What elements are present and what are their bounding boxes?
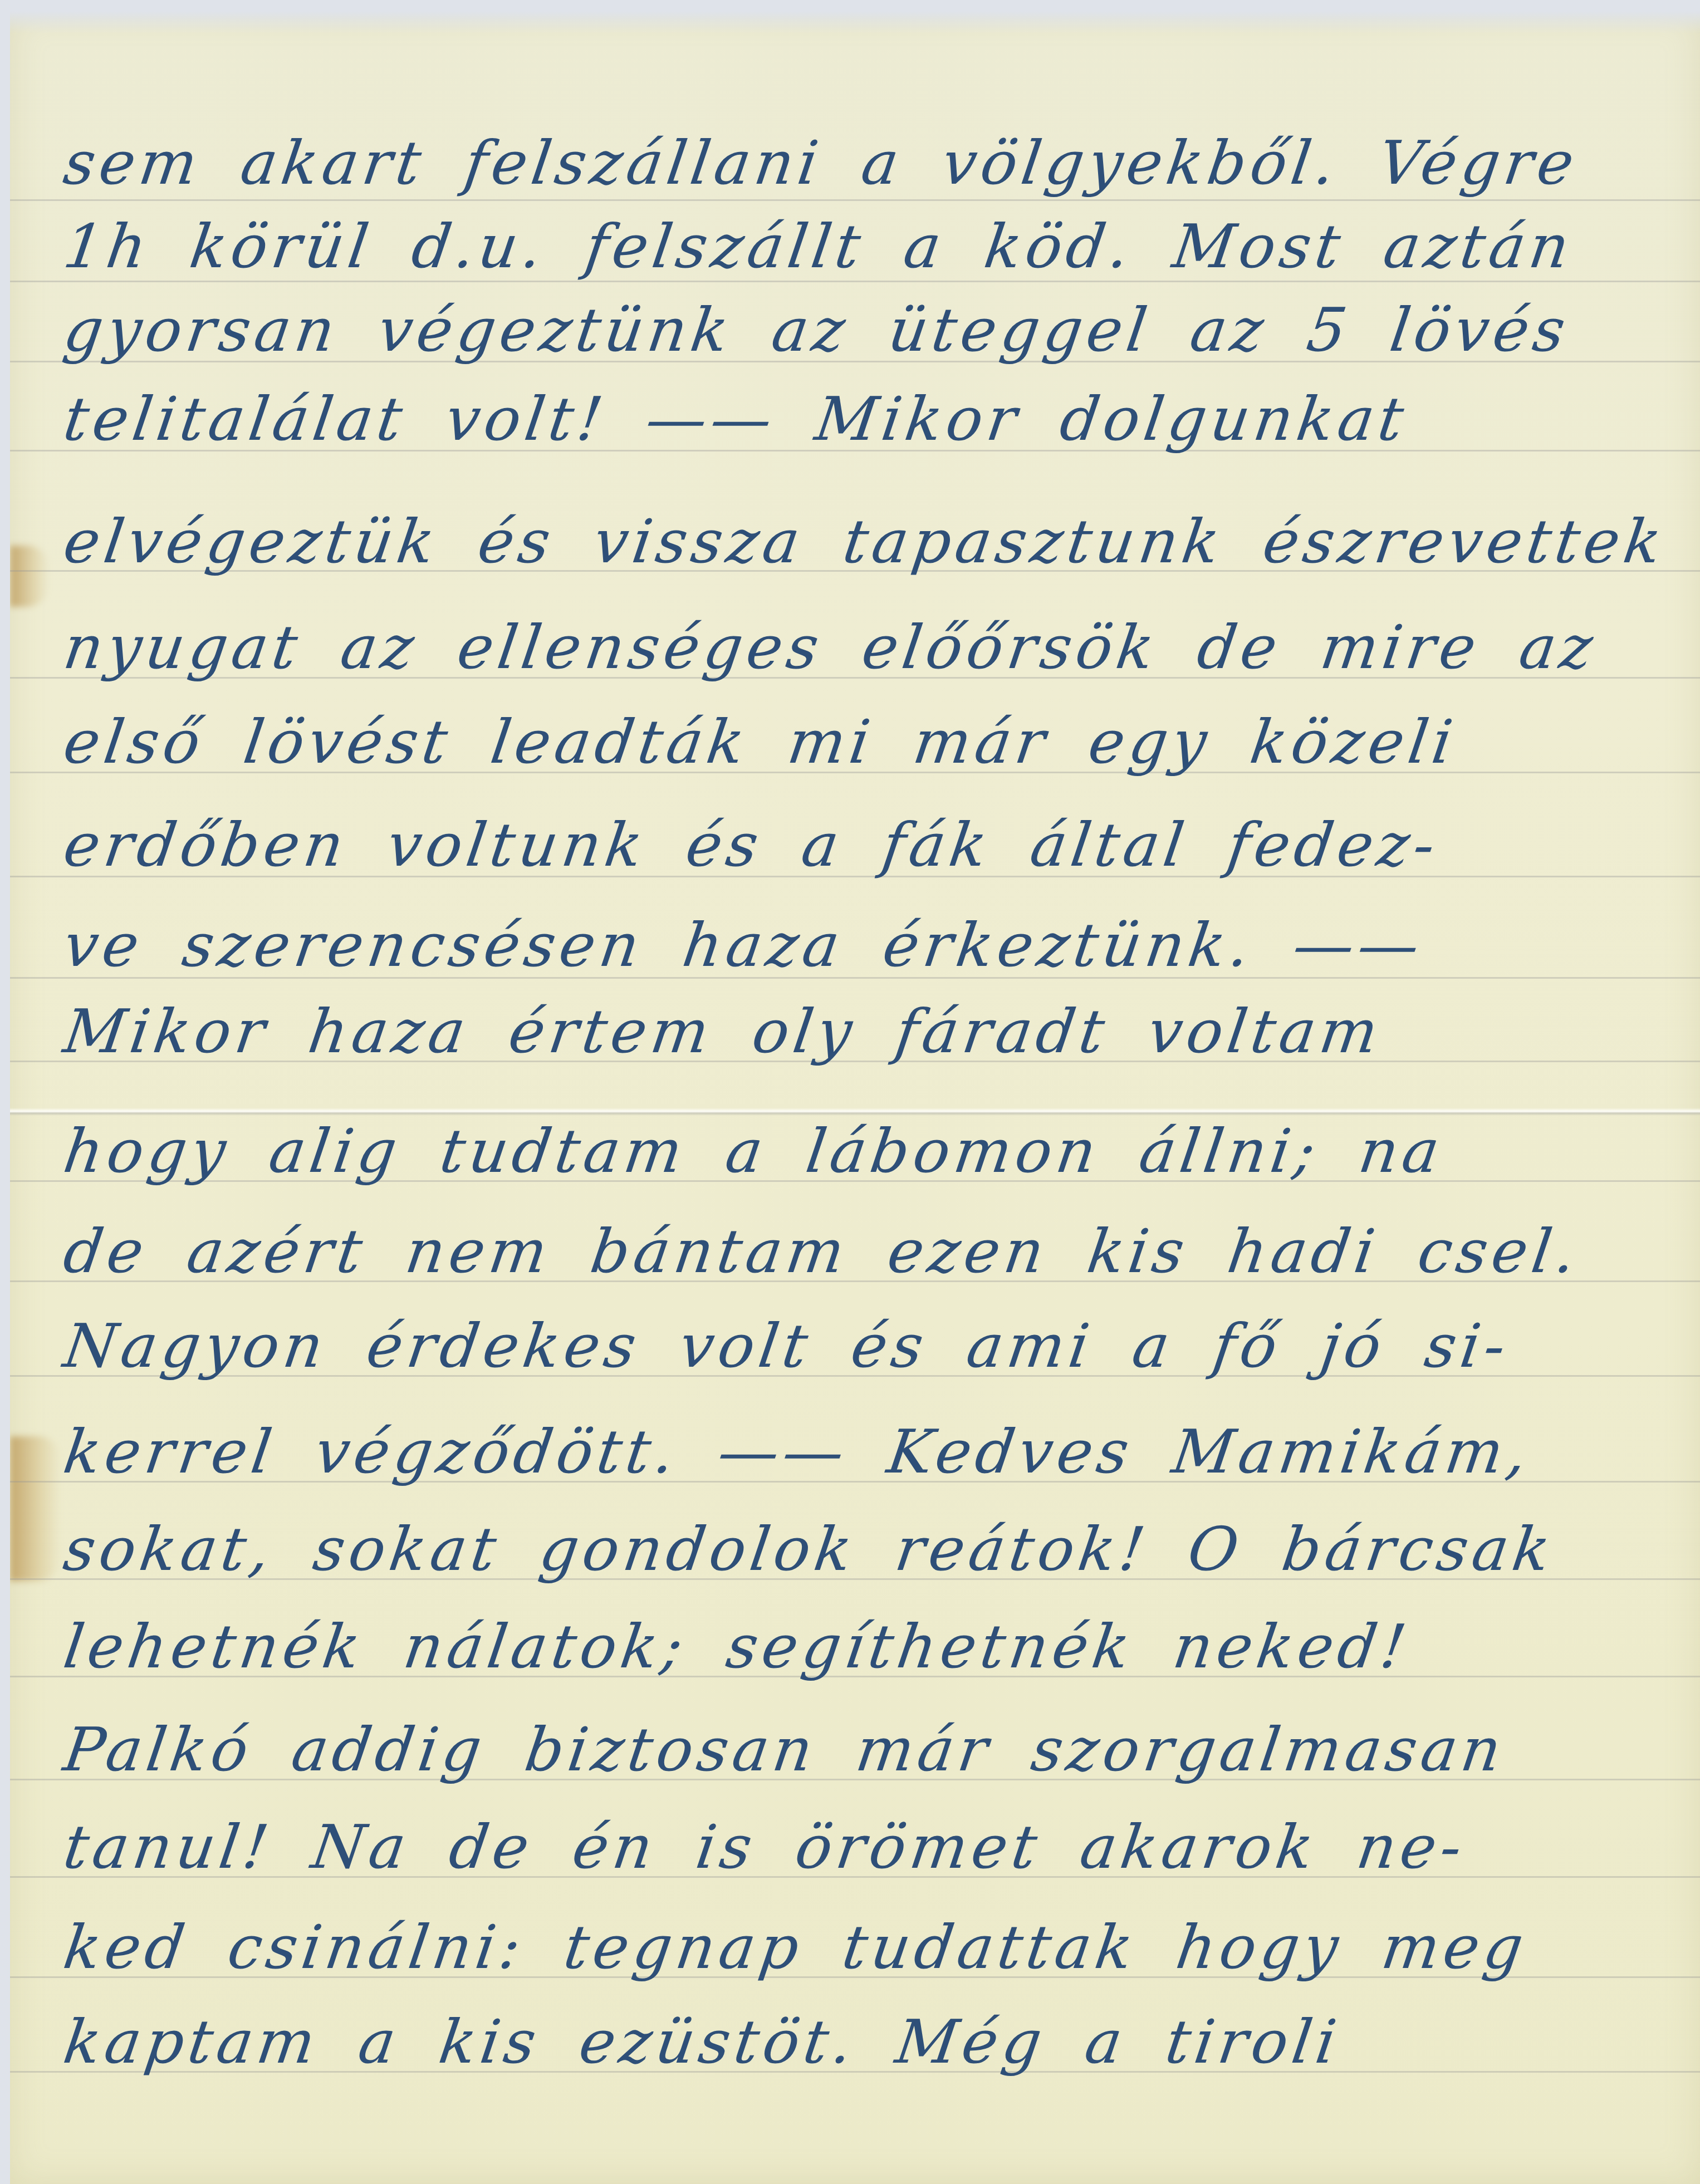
handwritten-line-7: első lövést leadták mi már egy közeli <box>60 713 1675 773</box>
handwritten-line-3: gyorsan végeztünk az üteggel az 5 lövés <box>60 301 1675 361</box>
handwritten-line-2: 1h körül d.u. felszállt a köd. Most aztá… <box>60 217 1675 277</box>
handwritten-line-11: hogy alig tudtam a lábomon állni; na <box>60 1122 1675 1182</box>
handwritten-line-13: Nagyon érdekes volt és ami a fő jó si- <box>60 1317 1675 1377</box>
handwritten-line-8: erdőben voltunk és a fák által fedez- <box>60 816 1675 876</box>
handwritten-line-10: Mikor haza értem oly fáradt voltam <box>60 1002 1675 1062</box>
handwritten-line-1: sem akart felszállani a völgyekből. Végr… <box>60 134 1675 194</box>
water-stain <box>10 546 49 607</box>
handwritten-line-18: tanul! Na de én is örömet akarok ne- <box>60 1818 1675 1878</box>
water-stain <box>10 1436 60 1581</box>
handwritten-line-19: ked csinálni: tegnap tudattak hogy meg <box>60 1918 1675 1978</box>
handwritten-line-4: telitalálat volt! —— Mikor dolgunkat <box>60 390 1675 450</box>
torn-top-edge <box>10 11 1700 33</box>
handwritten-line-17: Palkó addig biztosan már szorgalmasan <box>60 1720 1675 1780</box>
handwritten-line-5: elvégeztük és vissza tapasztunk észrevet… <box>60 512 1675 572</box>
letter-page: sem akart felszállani a völgyekből. Végr… <box>10 11 1700 2184</box>
ruled-line <box>10 199 1700 201</box>
fold-crease <box>10 1108 1700 1116</box>
handwritten-line-20: kaptam a kis ezüstöt. Még a tiroli <box>60 2013 1675 2073</box>
handwritten-line-6: nyugat az ellenséges előőrsök de mire az <box>60 618 1675 678</box>
handwritten-line-9: ve szerencsésen haza érkeztünk. —— <box>60 916 1675 976</box>
handwritten-line-14: kerrel végződött. —— Kedves Mamikám, <box>60 1422 1675 1483</box>
handwritten-line-16: lehetnék nálatok; segíthetnék neked! <box>60 1617 1675 1677</box>
handwritten-line-12: de azért nem bántam ezen kis hadi csel. <box>60 1222 1675 1282</box>
handwritten-line-15: sokat, sokat gondolok reátok! O bárcsak <box>60 1520 1675 1580</box>
